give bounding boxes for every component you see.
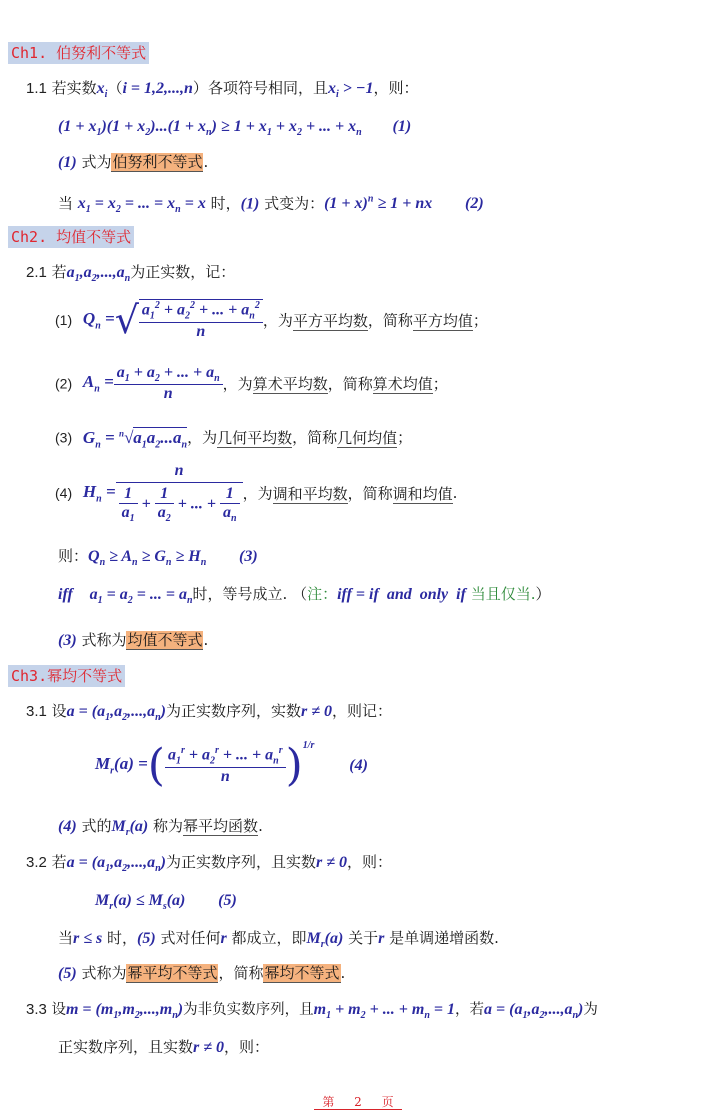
- math-a-tuple: a = (a1,a2,...,an): [67, 703, 166, 720]
- chapter-heading-1: Ch1. 伯努利不等式: [8, 42, 149, 64]
- equation-ref: (1): [58, 154, 77, 171]
- math-Hn: Hn =: [83, 482, 116, 501]
- text: ）: [536, 585, 551, 603]
- highlight-term: 均值不等式: [126, 631, 203, 650]
- text: 各项符号相同，且: [208, 79, 328, 97]
- math-power-mean-ineq: Mr(a) ≤ Ms(a): [95, 892, 185, 909]
- text: ，则：: [374, 79, 419, 97]
- math-equal-x: x1 = x2 = ... = xn = x: [78, 195, 206, 212]
- text: ，若: [455, 1002, 484, 1018]
- highlight-term: 幂均不等式: [263, 964, 340, 983]
- fraction: a1 + a2 + ... + ann: [114, 364, 223, 403]
- equation-ref: (5): [137, 930, 156, 947]
- math-eq2: (1 + x)n ≥ 1 + nx: [324, 195, 432, 212]
- text: 为: [583, 1002, 598, 1018]
- equation-ref: (1): [241, 195, 260, 212]
- text: 为正实数序列，实数: [166, 702, 301, 720]
- text: ，则：: [347, 853, 392, 871]
- text: 为非负实数序列，且: [183, 1002, 314, 1018]
- text: 若实数: [52, 79, 97, 97]
- underlined-term: 幂平均函数: [183, 817, 258, 836]
- equation-tag: (5): [218, 892, 237, 909]
- underlined-term: 调和均值: [393, 485, 453, 504]
- eq3-definition: (3) 式称为均值不等式.: [58, 629, 208, 652]
- text: .: [203, 153, 208, 171]
- underlined-term: 算术平均数: [253, 375, 328, 394]
- text: 时，: [107, 929, 137, 947]
- math-r-le-s: r ≤ s: [73, 930, 102, 947]
- text: 关于: [348, 929, 378, 947]
- equation-tag: (1): [393, 118, 412, 135]
- item-index: (1): [55, 312, 72, 328]
- math-iff-def: iff = if and only if: [337, 586, 466, 603]
- section-1-1: 1.1 若实数xi（i = 1,2,...,n）各项符号相同，且xi > −1，…: [26, 77, 419, 106]
- highlight-term: 伯努利不等式: [111, 153, 203, 172]
- section-number: 1.1: [26, 80, 47, 97]
- text: ；: [473, 312, 488, 330]
- text: 为正实数，记：: [130, 263, 235, 281]
- fraction: a1r + a2r + ... + anrn: [165, 745, 286, 786]
- text: .: [203, 631, 208, 649]
- equation-tag: (2): [465, 195, 484, 212]
- eq5-definition: (5) 式称为幂平均不等式，简称幂均不等式.: [58, 962, 345, 985]
- text: 若: [52, 853, 67, 871]
- sqrt-expression: √a12 + a22 + ... + an2n: [115, 298, 263, 342]
- text: ；: [433, 375, 448, 393]
- text: ，简称: [348, 485, 393, 503]
- chapter-heading-2: Ch2. 均值不等式: [8, 226, 134, 248]
- text: 式为: [81, 153, 111, 171]
- math-Mr: Mr(a): [111, 818, 148, 835]
- math-r-nonzero: r ≠ 0: [193, 1039, 224, 1056]
- math-bernoulli: (1 + x1)(1 + x2)...(1 + xn) ≥ 1 + x1 + x…: [58, 118, 362, 135]
- math-index-range: i = 1,2,...,n: [122, 80, 192, 97]
- item-index: (2): [55, 376, 72, 392]
- eq2-line: 当 x1 = x2 = ... = xn = x 时，(1) 式变为：(1 + …: [58, 189, 484, 222]
- math-m-tuple: m = (m1,m2,...,mn): [66, 1001, 183, 1018]
- item-index: (3): [55, 430, 72, 446]
- chapter-heading-3: Ch3.幂均不等式: [8, 665, 125, 687]
- underlined-term: 调和平均数: [273, 485, 348, 504]
- math-a-tuple: a = (a1,a2,...,an): [484, 1001, 583, 1018]
- text: ；: [397, 429, 412, 447]
- text: 时，: [211, 194, 241, 212]
- text: ，为: [243, 485, 273, 503]
- text: ，简称: [292, 429, 337, 447]
- math-r-nonzero: r ≠ 0: [301, 703, 332, 720]
- math-Qn: Qn =: [83, 309, 115, 328]
- text: （: [292, 585, 307, 603]
- text: ，则：: [224, 1038, 269, 1056]
- equation-1: (1 + x1)(1 + x2)...(1 + xn) ≥ 1 + x1 + x…: [58, 115, 411, 144]
- section-3-3: 3.3 设m = (m1,m2,...,mn)为非负实数序列，且m1 + m2 …: [26, 999, 598, 1027]
- text: ，为: [223, 375, 253, 393]
- math-equal-a: a1 = a2 = ... = an: [90, 586, 193, 603]
- text: 则：: [58, 547, 88, 565]
- math-exponent: 1/r: [303, 740, 315, 751]
- text: 正实数序列，且实数: [58, 1038, 193, 1056]
- underlined-term: 平方平均数: [293, 312, 368, 331]
- text: 式对任何: [160, 929, 220, 947]
- equation-5: Mr(a) ≤ Ms(a) (5): [95, 889, 237, 918]
- text: ，简称: [328, 375, 373, 393]
- math-Mr: Mr(a) =: [95, 754, 148, 773]
- math-m-sum: m1 + m2 + ... + mn = 1: [314, 1001, 455, 1018]
- text: 都成立，即: [232, 929, 307, 947]
- text: ，则记：: [332, 702, 392, 720]
- underlined-term: 几何均值: [337, 429, 397, 448]
- math-a-tuple: a = (a1,a2,...,an): [67, 854, 166, 871]
- text: 式的: [81, 817, 111, 835]
- math-a-seq: a1,a2,...,an: [67, 264, 131, 281]
- text: ，为: [187, 429, 217, 447]
- section-number: 3.2: [26, 854, 47, 871]
- note-label: 注：: [307, 585, 337, 603]
- text: 式称为: [81, 964, 126, 982]
- fraction: n1a1 + 1a2 + ... + 1an: [116, 462, 243, 524]
- mean-item-4: (4) Hn =n1a1 + 1a2 + ... + 1an，为调和平均数，简称…: [55, 462, 457, 524]
- eq1-definition: (1) 式为伯努利不等式.: [58, 151, 208, 174]
- text: ，简称: [368, 312, 413, 330]
- right-paren: ): [286, 740, 303, 791]
- section-number: 2.1: [26, 264, 47, 281]
- left-paren: (: [148, 740, 165, 791]
- section-number: 3.1: [26, 703, 47, 720]
- eq5-condition: 当r ≤ s 时，(5) 式对任何r 都成立，即Mr(a) 关于r 是单调递增函…: [58, 927, 499, 956]
- equation-4: Mr(a) =(a1r + a2r + ... + anrn)1/r (4): [95, 740, 368, 791]
- text: 当: [58, 929, 73, 947]
- iff-line: iff a1 = a2 = ... = an时，等号成立. （注：iff = i…: [58, 583, 551, 612]
- math-Mr: Mr(a): [307, 930, 344, 947]
- section-3-2: 3.2 若a = (a1,a2,...,an)为正实数序列，且实数r ≠ 0，则…: [26, 851, 392, 880]
- text: 是单调递增函数.: [389, 929, 499, 947]
- math-r: r: [221, 930, 227, 947]
- mean-item-3: (3) Gn = n√a1a2...an，为几何平均数，简称几何均值；: [55, 422, 412, 456]
- math-An: An =: [83, 372, 114, 391]
- section-3-3-cont: 正实数序列，且实数r ≠ 0，则：: [58, 1036, 269, 1059]
- page-footer: 第 2 页: [0, 1093, 716, 1110]
- underlined-term: 平方均值: [413, 312, 473, 331]
- equation-ref: (4): [58, 818, 77, 835]
- eq4-definition: (4) 式的Mr(a) 称为幂平均函数.: [58, 815, 263, 844]
- note-text: 当且仅当.: [471, 585, 536, 603]
- page-number: 第 2 页: [314, 1095, 401, 1110]
- section-3-1: 3.1 设a = (a1,a2,...,an)为正实数序列，实数r ≠ 0，则记…: [26, 700, 392, 729]
- mean-item-1: (1) Qn =√a12 + a22 + ... + an2n，为平方平均数，简…: [55, 298, 488, 342]
- equation-tag: (4): [349, 757, 368, 774]
- math-r: r: [378, 930, 384, 947]
- text: .: [341, 964, 346, 982]
- text: 设: [51, 1002, 66, 1018]
- text: .: [453, 484, 458, 502]
- equation-ref: (3): [58, 632, 77, 649]
- text: 称为: [153, 817, 183, 835]
- equation-ref: (5): [58, 965, 77, 982]
- item-index: (4): [55, 485, 72, 501]
- text: 当: [58, 194, 73, 212]
- equation-tag: (3): [239, 548, 258, 565]
- math-xi: xi: [97, 80, 108, 97]
- text: ，简称: [218, 964, 263, 982]
- text: ，为: [263, 312, 293, 330]
- section-2-1: 2.1 若a1,a2,...,an为正实数，记：: [26, 261, 235, 290]
- underlined-term: 几何平均数: [217, 429, 292, 448]
- math-iff: iff: [58, 586, 73, 603]
- text: 式称为: [81, 631, 126, 649]
- math-condition: xi > −1: [328, 80, 374, 97]
- text: 设: [52, 702, 67, 720]
- math-mean-chain: Qn ≥ An ≥ Gn ≥ Hn: [88, 548, 206, 565]
- text: 为正实数序列，且实数: [166, 853, 316, 871]
- math-r-nonzero: r ≠ 0: [316, 854, 347, 871]
- eq3-line: 则：Qn ≥ An ≥ Gn ≥ Hn (3): [58, 545, 258, 574]
- mean-item-2: (2) An =a1 + a2 + ... + ann，为算术平均数，简称算术均…: [55, 364, 448, 403]
- text: 若: [52, 263, 67, 281]
- section-number: 3.3: [26, 1001, 47, 1018]
- underlined-term: 算术均值: [373, 375, 433, 394]
- text: 时，等号成立.: [193, 585, 288, 603]
- text: 式变为：: [264, 194, 324, 212]
- highlight-term: 幂平均不等式: [126, 964, 218, 983]
- math-Gn: Gn = n√a1a2...an: [83, 428, 187, 447]
- text: .: [258, 817, 263, 835]
